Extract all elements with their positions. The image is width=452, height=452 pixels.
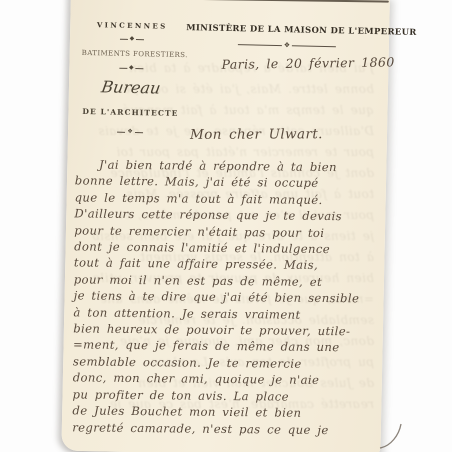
pen-flourish-icon [377, 422, 405, 450]
divider-line [292, 45, 336, 47]
divider-line [119, 67, 127, 68]
scan-background: J'ai bien tardé à répondre à ta bienbonn… [0, 0, 452, 452]
fleuron-divider-icon: ❖ [186, 40, 388, 50]
letterhead-ministry-title: MINISTÈRE DE LA MAISON DE L'EMPEREUR [186, 22, 388, 36]
dateline: Paris, le 20 février 1860 [221, 54, 394, 71]
diamond-glyph-icon: ◆ [129, 65, 134, 71]
letterhead-bureau-subtitle: DE L'ARCHITECTE [80, 107, 180, 118]
divider-line [135, 132, 143, 133]
fleuron-divider-icon: ❖ [80, 128, 180, 136]
diamond-glyph-icon: ❖ [284, 42, 290, 48]
fleuron-divider-icon: ◆ [81, 64, 181, 72]
letterhead-department: BATIMENTS FORESTIERS. [82, 49, 182, 59]
letterhead-location: VINCENNES [82, 20, 182, 31]
diamond-glyph-icon: ◆ [130, 36, 135, 42]
divider-line [238, 44, 282, 46]
diamond-glyph-icon: ❖ [127, 129, 133, 135]
fleuron-divider-icon: ◆ [82, 35, 182, 43]
salutation: Mon cher Ulwart. [190, 126, 323, 143]
page-top-edge [181, 0, 389, 3]
letter-paper: J'ai bien tardé à répondre à ta bienbonn… [61, 0, 390, 452]
handwritten-line: regretté camarade, n'est pas ce que je [72, 419, 378, 439]
letterhead-bureau-script: Bureau [79, 77, 182, 98]
divider-line [117, 131, 125, 132]
divider-line [136, 68, 144, 69]
divider-line [136, 39, 144, 40]
divider-line [120, 38, 128, 39]
letter-body: J'ai bien tardé à répondre à ta bienbonn… [72, 156, 381, 438]
